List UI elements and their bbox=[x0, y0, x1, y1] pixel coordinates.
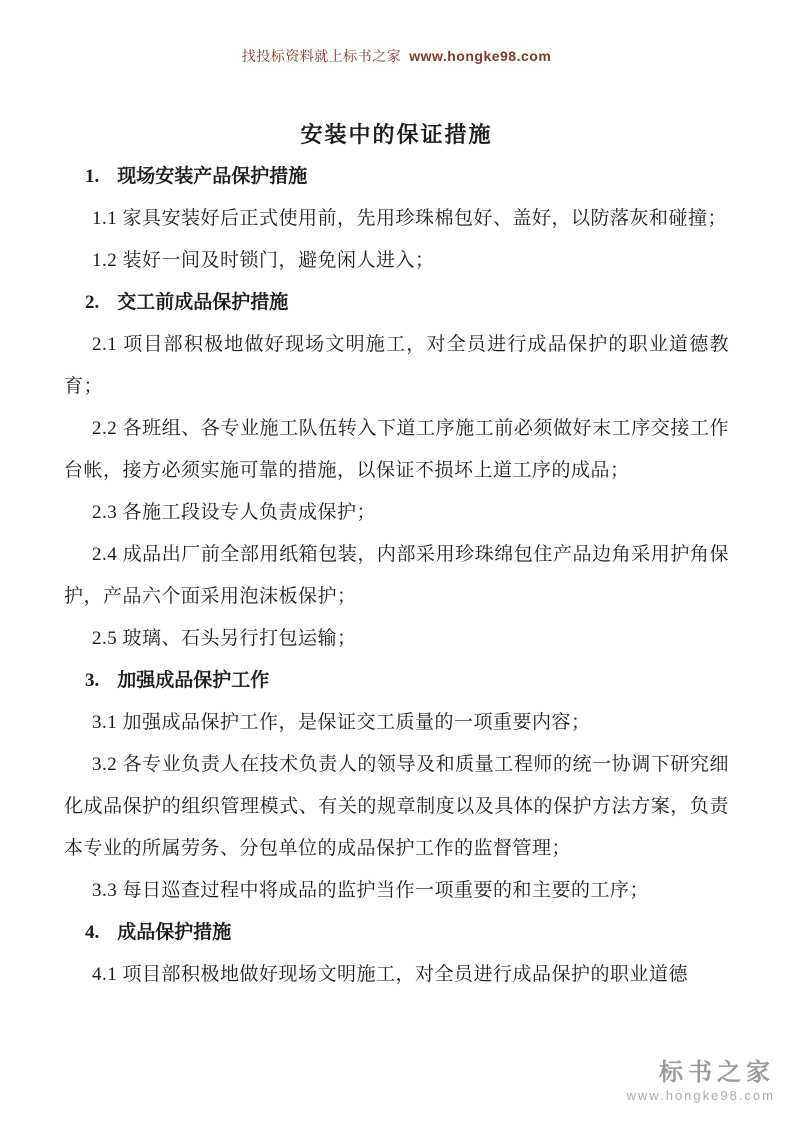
section-heading-4: 4.成品保护措施 bbox=[64, 912, 729, 954]
paragraph: 3.3 每日巡查过程中将成品的监护当作一项重要的和主要的工序； bbox=[64, 870, 729, 912]
section-heading-3: 3.加强成品保护工作 bbox=[64, 660, 729, 702]
paragraph: 2.5 玻璃、石头另行打包运输； bbox=[64, 618, 729, 660]
paragraph: 2.3 各施工段设专人负责成保护； bbox=[64, 492, 729, 534]
paragraph: 3.1 加强成品保护工作，是保证交工质量的一项重要内容； bbox=[64, 702, 729, 744]
section-heading-label: 交工前成品保护措施 bbox=[117, 292, 288, 313]
paragraph: 2.1 项目部积极地做好现场文明施工，对全员进行成品保护的职业道德教育； bbox=[64, 324, 729, 408]
paragraph: 1.2 装好一间及时锁门，避免闲人进入； bbox=[64, 240, 729, 282]
section-number: 4. bbox=[85, 922, 99, 943]
paragraph: 2.4 成品出厂前全部用纸箱包装，内部采用珍珠绵包住产品边角采用护角保护，产品六… bbox=[64, 534, 729, 618]
site-header: 找投标资料就上标书之家 www.hongke98.com bbox=[0, 46, 793, 66]
paragraph: 3.2 各专业负责人在技术负责人的领导及和质量工程师的统一协调下研究细化成品保护… bbox=[64, 744, 729, 870]
section-heading-2: 2.交工前成品保护措施 bbox=[64, 282, 729, 324]
section-heading-label: 成品保护措施 bbox=[117, 922, 231, 943]
site-header-text: 找投标资料就上标书之家 bbox=[242, 50, 402, 65]
document-page: 找投标资料就上标书之家 www.hongke98.com 安装中的保证措施 1.… bbox=[0, 0, 793, 1122]
section-heading-label: 现场安装产品保护措施 bbox=[117, 166, 307, 187]
section-heading-1: 1.现场安装产品保护措施 bbox=[64, 156, 729, 198]
watermark-url: www.hongke98.com bbox=[627, 1088, 775, 1104]
doc-title: 安装中的保证措施 bbox=[64, 114, 729, 156]
document-body: 安装中的保证措施 1.现场安装产品保护措施 1.1 家具安装好后正式使用前，先用… bbox=[64, 114, 729, 996]
site-watermark: 标书之家 www.hongke98.com bbox=[627, 1058, 775, 1104]
paragraph: 1.1 家具安装好后正式使用前，先用珍珠棉包好、盖好，以防落灰和碰撞； bbox=[64, 198, 729, 240]
section-number: 2. bbox=[85, 292, 99, 313]
paragraph: 2.2 各班组、各专业施工队伍转入下道工序施工前必须做好末工序交接工作台帐，接方… bbox=[64, 408, 729, 492]
paragraph: 4.1 项目部积极地做好现场文明施工，对全员进行成品保护的职业道德 bbox=[64, 954, 729, 996]
site-header-url: www.hongke98.com bbox=[409, 48, 551, 64]
section-number: 3. bbox=[85, 670, 99, 691]
section-heading-label: 加强成品保护工作 bbox=[117, 670, 269, 691]
watermark-logo-text: 标书之家 bbox=[627, 1058, 775, 1088]
section-number: 1. bbox=[85, 166, 99, 187]
